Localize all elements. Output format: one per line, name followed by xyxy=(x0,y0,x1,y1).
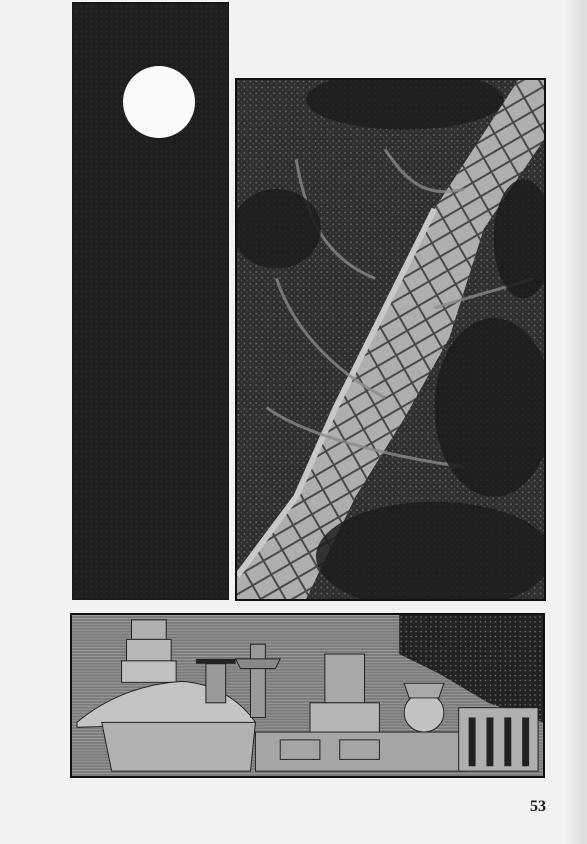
panel-night-sky xyxy=(72,2,229,600)
moon xyxy=(123,66,195,138)
shrine-graves-illustration xyxy=(72,615,543,776)
forest-path-illustration xyxy=(237,80,544,599)
panel-forest-path xyxy=(235,78,546,601)
panel-shrine-graves xyxy=(70,613,545,778)
page-number: 53 xyxy=(530,798,546,816)
page-edge xyxy=(565,0,587,844)
